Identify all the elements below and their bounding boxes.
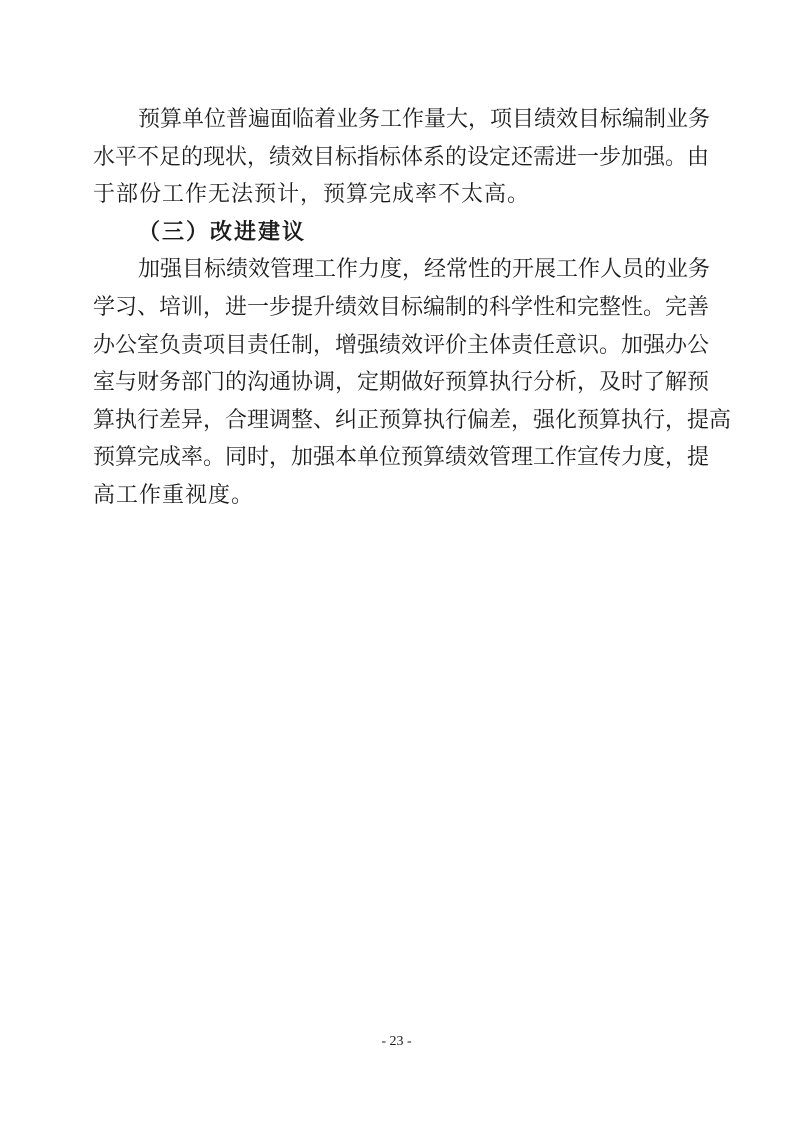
text-line: 加强目标绩效管理工作力度，经常性的开展工作人员的业务 <box>93 250 701 288</box>
section-heading: （三）改进建议 <box>93 213 701 251</box>
text-line: 预算单位普遍面临着业务工作量大，项目绩效目标编制业务 <box>93 100 701 138</box>
text-line: 办公室负责项目责任制，增强绩效评价主体责任意识。加强办公 <box>93 326 701 364</box>
text-line: 水平不足的现状，绩效目标指标体系的设定还需进一步加强。由 <box>93 138 701 176</box>
document-page: 预算单位普遍面临着业务工作量大，项目绩效目标编制业务 水平不足的现状，绩效目标指… <box>0 0 793 1122</box>
page-body-text: 预算单位普遍面临着业务工作量大，项目绩效目标编制业务 水平不足的现状，绩效目标指… <box>93 100 701 514</box>
page-number: - 23 - <box>0 1034 793 1050</box>
text-line: 高工作重视度。 <box>93 476 701 514</box>
text-line: 算执行差异，合理调整、纠正预算执行偏差，强化预算执行，提高 <box>93 401 701 439</box>
text-line: 预算完成率。同时，加强本单位预算绩效管理工作宣传力度，提 <box>93 438 701 476</box>
text-line: 学习、培训，进一步提升绩效目标编制的科学性和完整性。完善 <box>93 288 701 326</box>
text-line: 室与财务部门的沟通协调，定期做好预算执行分析，及时了解预 <box>93 363 701 401</box>
text-line: 于部份工作无法预计，预算完成率不太高。 <box>93 175 701 213</box>
